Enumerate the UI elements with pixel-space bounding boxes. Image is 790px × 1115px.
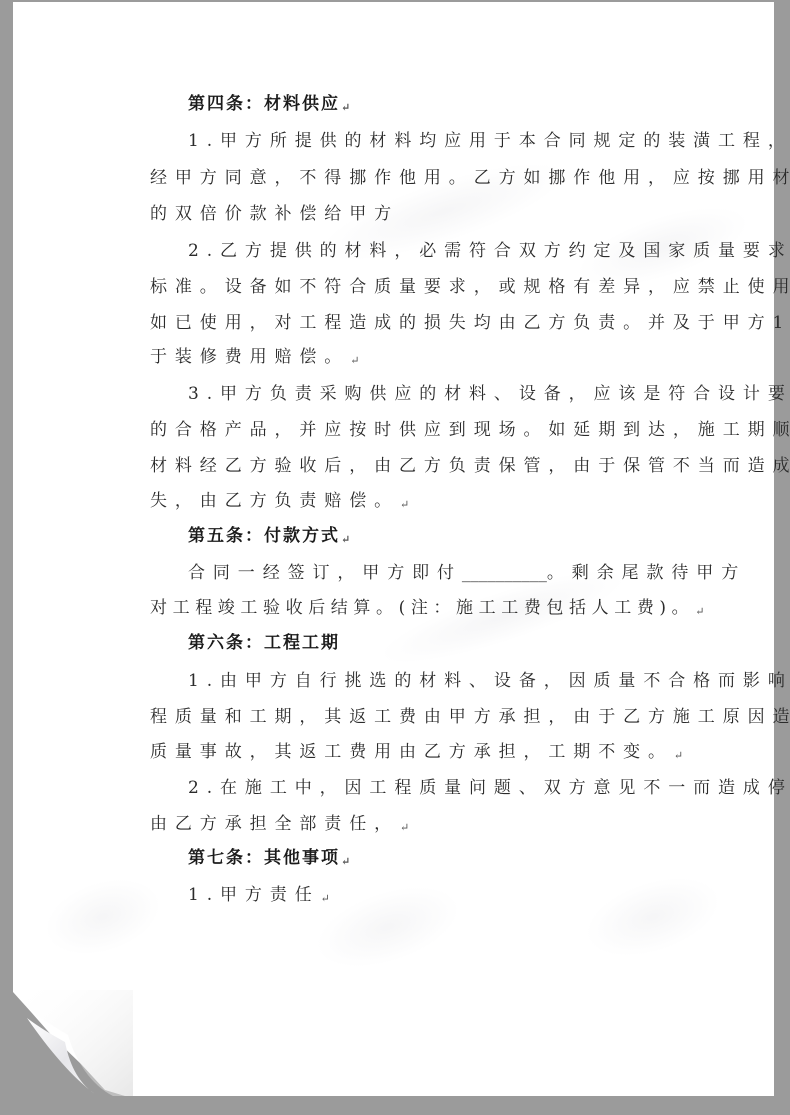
payment-amount-blank: __________: [462, 563, 547, 583]
paragraph-line: 材料经乙方验收后，由乙方负责保管，由于保管不当而造成损: [150, 454, 652, 478]
paragraph-line: 如已使用，对工程造成的损失均由乙方负责。并及于甲方10倍: [150, 311, 652, 335]
paragraph-line: 合同一经签订，甲方即付__________。剩余尾款待甲方: [150, 561, 652, 585]
paragraph-mark-icon: ↵: [350, 354, 359, 367]
line-text: 如已使用，对工程造成的损失均由乙方负责。并及于甲方10倍: [150, 313, 790, 333]
line-text: 于装修费用赔偿。: [150, 347, 349, 367]
line-text: 的合格产品，并应按时供应到现场。如延期到达，施工期顺延。: [150, 420, 790, 440]
line-text: 1.甲方责任: [188, 885, 320, 905]
heading-text: 第四条：材料供应: [188, 94, 340, 114]
watermark-smudge: [576, 862, 731, 972]
paragraph-line: 的双倍价款补偿给甲方: [150, 202, 652, 226]
line-text: 标准。设备如不符合质量要求，或规格有差异，应禁止使用。: [150, 277, 790, 297]
paragraph-line: 经甲方同意，不得挪作他用。乙方如挪作他用，应按挪用材料: [150, 166, 652, 190]
line-text: 程质量和工期，其返工费由甲方承担，由于乙方施工原因造成: [150, 707, 790, 727]
paragraph-mark-icon: ↵: [400, 498, 409, 511]
line-text: 失，由乙方负责赔偿。: [150, 491, 399, 511]
heading-text: 第五条：付款方式: [188, 526, 340, 546]
paragraph-mark-icon: ↵: [321, 892, 330, 905]
paragraph-line: 失，由乙方负责赔偿。↵: [150, 489, 652, 513]
paragraph-line: 1.甲方所提供的材料均应用于本合同规定的装潢工程，非: [150, 129, 652, 153]
paragraph-line: 程质量和工期，其返工费由甲方承担，由于乙方施工原因造成: [150, 705, 652, 729]
watermark-smudge: [35, 865, 171, 969]
line-text: 2.乙方提供的材料，必需符合双方约定及国家质量要求保: [188, 241, 790, 261]
paragraph-mark-icon: ↵: [341, 533, 350, 546]
paragraph-line: 于装修费用赔偿。↵: [150, 345, 652, 369]
line-text: 对工程竣工验收后结算。(注：施工工费包括人工费)。: [150, 598, 694, 618]
paragraph-line: 对工程竣工验收后结算。(注：施工工费包括人工费)。↵: [150, 596, 652, 620]
paragraph-mark-icon: ↵: [674, 749, 683, 762]
paragraph-line: 的合格产品，并应按时供应到现场。如延期到达，施工期顺延。: [150, 418, 652, 442]
paragraph-line: 由乙方承担全部责任，↵: [150, 812, 652, 836]
line-text: 合同一经签订，甲方即付: [188, 563, 462, 583]
paragraph-line: 1.由甲方自行挑选的材料、设备，因质量不合格而影响工: [150, 669, 652, 693]
paragraph-line: 3.甲方负责采购供应的材料、设备，应该是符合设计要求: [150, 382, 652, 406]
section-heading: 第七条：其他事项↵: [150, 846, 652, 870]
line-text: 质量事故，其返工费用由乙方承担，工期不变。: [150, 742, 673, 762]
line-text: 的双倍价款补偿给甲方: [150, 204, 399, 224]
line-text: 由乙方承担全部责任，: [150, 814, 399, 834]
line-text: 经甲方同意，不得挪作他用。乙方如挪作他用，应按挪用材料: [150, 168, 790, 188]
paragraph-line: 1.甲方责任↵: [150, 883, 652, 907]
section-heading: 第五条：付款方式↵: [150, 524, 652, 548]
paragraph-line: 质量事故，其返工费用由乙方承担，工期不变。↵: [150, 740, 652, 764]
line-text: 2.在施工中，因工程质量问题、双方意见不一而造成停工，: [188, 778, 790, 798]
paragraph-mark-icon: ↵: [341, 101, 350, 114]
paragraph-mark-icon: ↵: [341, 855, 350, 868]
heading-text: 第七条：其他事项: [188, 848, 340, 868]
section-heading: 第四条：材料供应↵: [150, 92, 652, 116]
line-text: 3.甲方负责采购供应的材料、设备，应该是符合设计要求: [188, 384, 790, 404]
line-text: 1.由甲方自行挑选的材料、设备，因质量不合格而影响工: [188, 671, 790, 691]
line-text: 材料经乙方验收后，由乙方负责保管，由于保管不当而造成损: [150, 456, 790, 476]
paragraph-line: 2.乙方提供的材料，必需符合双方约定及国家质量要求保: [150, 239, 652, 263]
paragraph-mark-icon: ↵: [400, 821, 409, 834]
paragraph-line: 标准。设备如不符合质量要求，或规格有差异，应禁止使用。: [150, 275, 652, 299]
line-text: 1.甲方所提供的材料均应用于本合同规定的装潢工程，非: [188, 131, 790, 151]
heading-text: 第六条：工程工期: [188, 633, 340, 653]
section-heading: 第六条：工程工期: [150, 631, 652, 655]
paragraph-mark-icon: ↵: [695, 605, 704, 618]
paragraph-line: 2.在施工中，因工程质量问题、双方意见不一而造成停工，: [150, 776, 652, 800]
line-text: 。剩余尾款待甲方: [547, 563, 746, 583]
